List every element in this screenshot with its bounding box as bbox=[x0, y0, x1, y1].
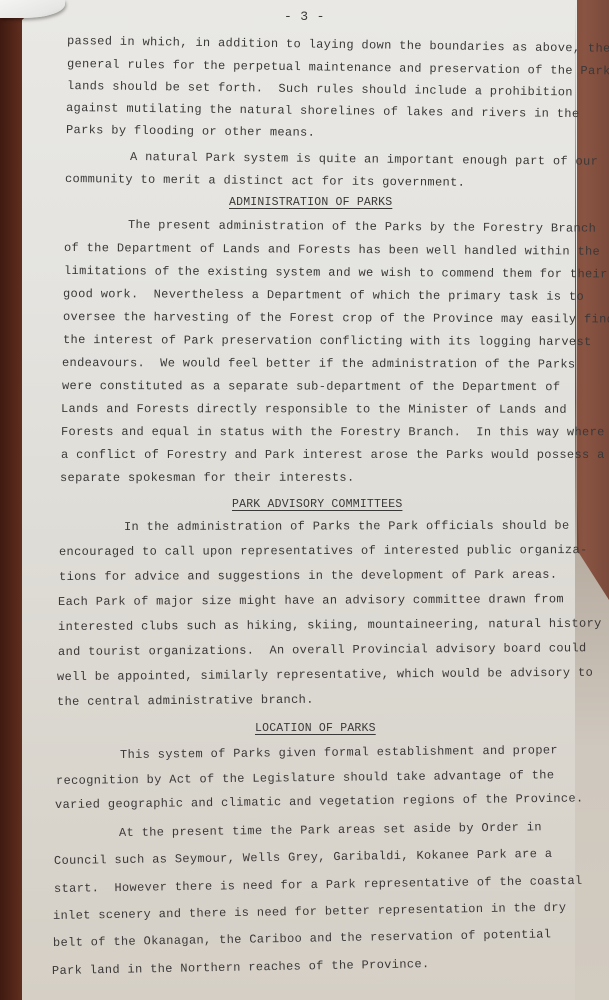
page-number: - 3 - bbox=[284, 9, 325, 24]
text-line: recognition by Act of the Legislature sh… bbox=[55, 768, 554, 788]
text-line: encouraged to call upon representatives … bbox=[59, 543, 588, 559]
text-line: limitations of the existing system and w… bbox=[64, 264, 608, 281]
text-line: start. However there is need for a Park … bbox=[54, 874, 583, 896]
text-line: and tourist organizations. An overall Pr… bbox=[58, 641, 587, 659]
text-line: lands should be set forth. Such rules sh… bbox=[67, 79, 573, 99]
text-line: This system of Parks given formal establ… bbox=[120, 743, 558, 762]
text-line: good work. Nevertheless a Department of … bbox=[63, 287, 584, 304]
section-heading: PARK ADVISORY COMMITTEES bbox=[232, 498, 402, 511]
section-heading: LOCATION OF PARKS bbox=[255, 722, 376, 735]
text-line: Lands and Forests directly responsible t… bbox=[61, 402, 567, 417]
document-content: - 3 - passed in which, in addition to la… bbox=[0, 0, 609, 1000]
text-line: well be appointed, similarly representat… bbox=[57, 666, 593, 684]
text-line: interested clubs such as hiking, skiing,… bbox=[58, 617, 602, 634]
text-line: the central administrative branch. bbox=[57, 693, 314, 709]
text-line: Forests and equal in status with the For… bbox=[61, 425, 605, 439]
section-heading: ADMINISTRATION OF PARKS bbox=[229, 196, 392, 209]
text-line: At the present time the Park areas set a… bbox=[119, 820, 542, 840]
text-line: varied geographic and climatic and veget… bbox=[55, 791, 584, 812]
text-line: In the administration of Parks the Park … bbox=[124, 519, 570, 534]
text-line: passed in which, in addition to laying d… bbox=[67, 34, 609, 56]
text-line: against mutilating the natural shoreline… bbox=[66, 101, 580, 121]
text-line: The present administration of the Parks … bbox=[128, 218, 596, 236]
text-line: the interest of Park preservation confli… bbox=[62, 333, 591, 349]
text-line: Each Park of major size might have an ad… bbox=[58, 592, 564, 609]
text-line: of the Department of Lands and Forests h… bbox=[64, 241, 600, 259]
text-line: oversee the harvesting of the Forest cro… bbox=[63, 310, 609, 327]
text-line: belt of the Okanagan, the Cariboo and th… bbox=[53, 927, 552, 950]
text-line: Council such as Seymour, Wells Grey, Gar… bbox=[54, 847, 553, 868]
text-line: community to merit a distinct act for it… bbox=[65, 172, 465, 190]
text-line: a conflict of Forestry and Park interest… bbox=[61, 448, 605, 462]
text-line: general rules for the perpetual maintena… bbox=[67, 57, 609, 78]
text-line: A natural Park system is quite an import… bbox=[129, 150, 597, 169]
text-line: separate spokesman for their interests. bbox=[60, 471, 355, 485]
text-line: Park land in the Northern reaches of the… bbox=[52, 957, 430, 978]
text-line: Parks by flooding or other means. bbox=[66, 123, 315, 140]
text-line: inlet scenery and there is need for bett… bbox=[53, 901, 567, 923]
text-line: endeavours. We would feel better if the … bbox=[62, 356, 576, 372]
text-line: tions for advice and suggestions in the … bbox=[59, 568, 557, 584]
text-line: were constituted as a separate sub-depar… bbox=[62, 379, 560, 394]
